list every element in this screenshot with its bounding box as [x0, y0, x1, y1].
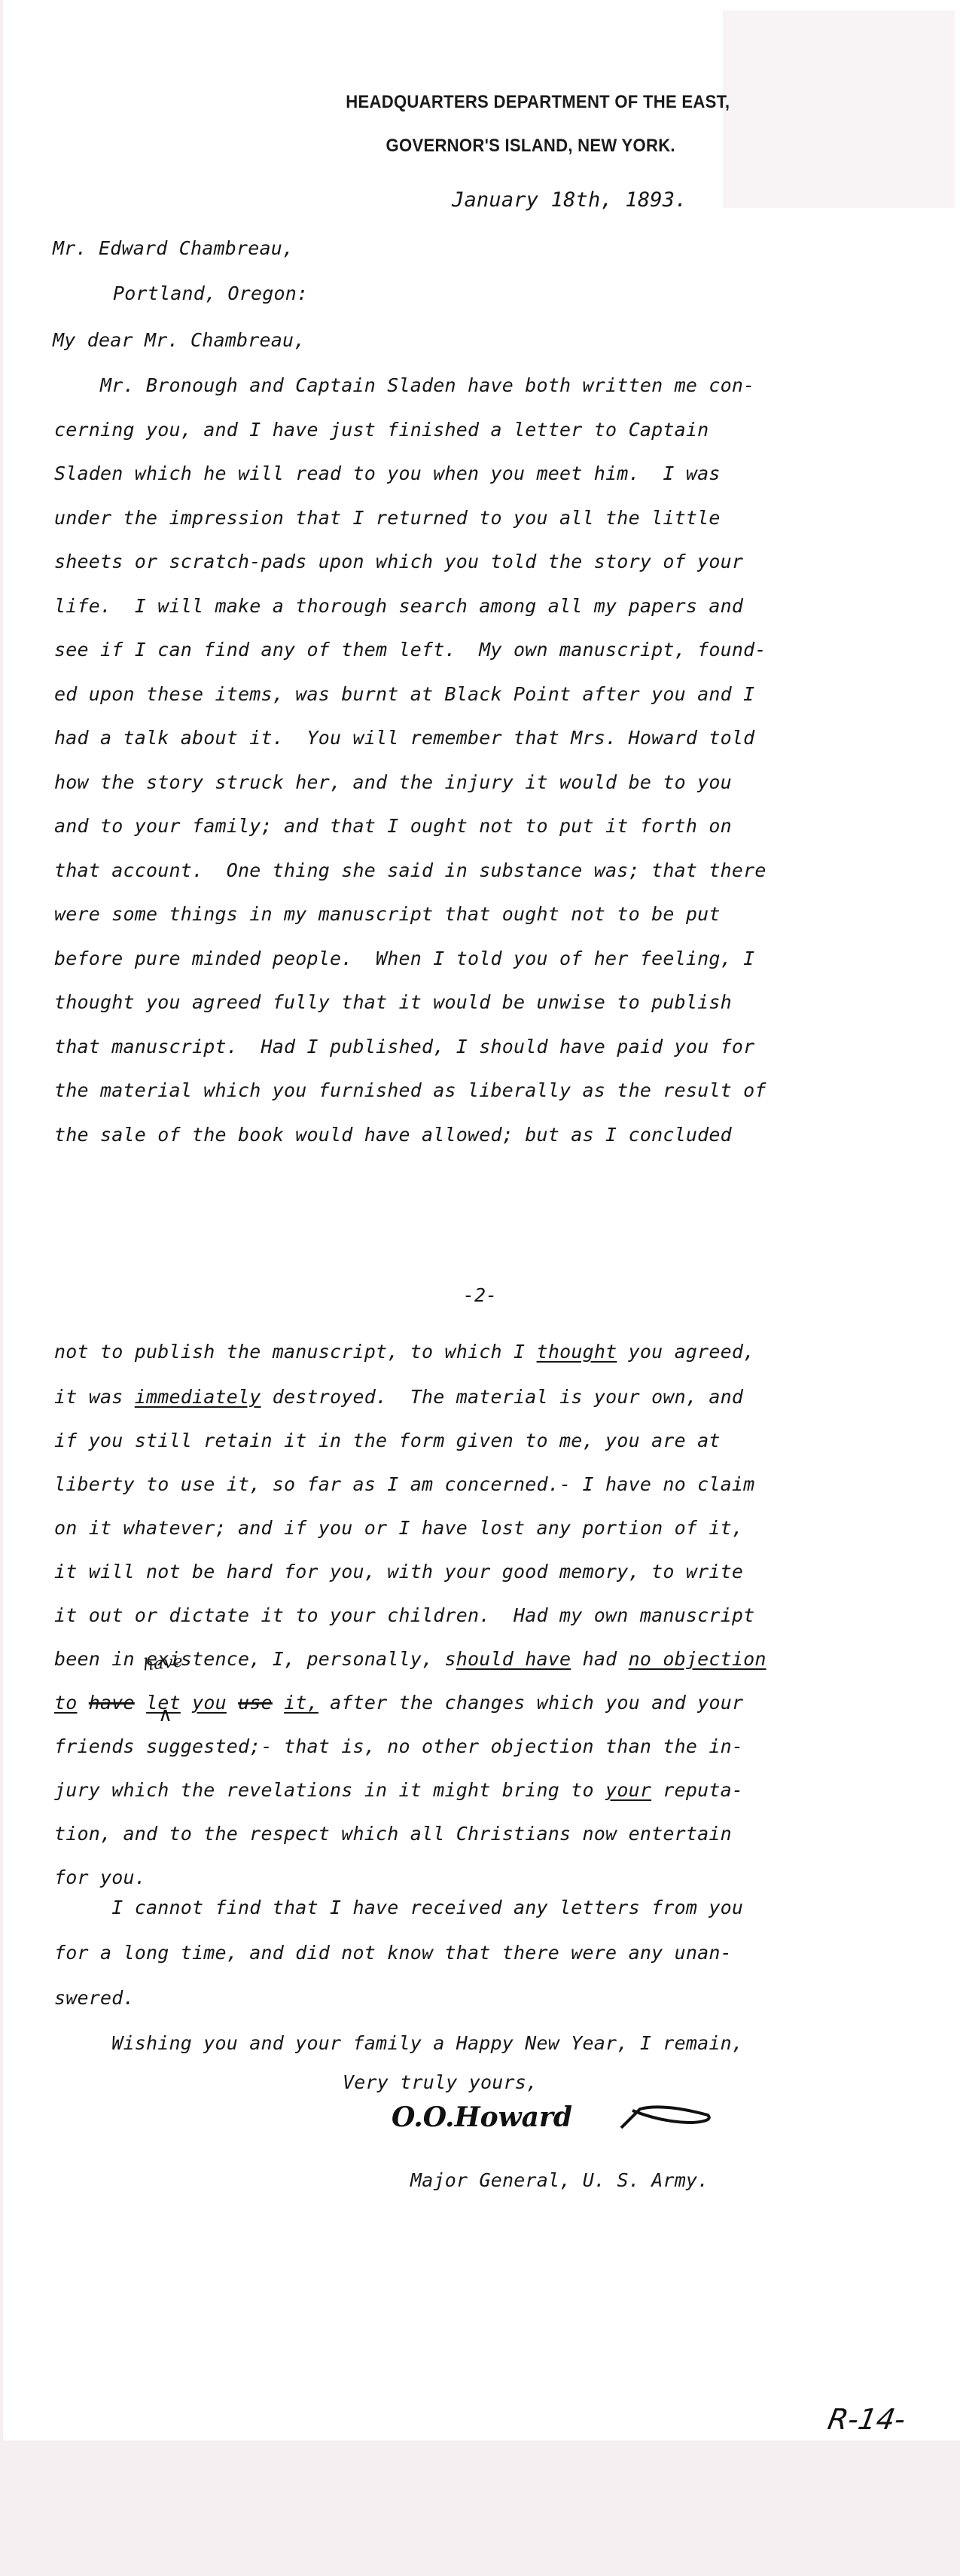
body-line: thought you agreed fully that it would b… — [54, 991, 732, 1013]
body-line: Wishing you and your family a Happy New … — [54, 2032, 743, 2054]
body-line: swered. — [54, 1987, 135, 2009]
body-line: that account. One thing she said in subs… — [54, 859, 766, 881]
body-line: for a long time, and did not know that t… — [54, 1942, 732, 1964]
letterhead-line-1: HEADQUARTERS DEPARTMENT OF THE EAST, — [41, 92, 960, 113]
body-line: before pure minded people. When I told y… — [54, 948, 754, 969]
body-line: if you still retain it in the form given… — [54, 1430, 721, 1451]
letterhead-line-2: GOVERNOR'S ISLAND, NEW YORK. — [41, 136, 960, 157]
body-line: the sale of the book would have allowed;… — [54, 1124, 732, 1146]
recipient-location: Portland, Oregon: — [113, 282, 308, 304]
body-line: had a talk about it. You will remember t… — [54, 727, 754, 749]
insertion-caret-icon: ∧ — [158, 1704, 172, 1726]
body-line: under the impression that I returned to … — [54, 507, 721, 529]
body-line: tion, and to the respect which all Chris… — [54, 1823, 732, 1845]
body-line: Mr. Bronough and Captain Sladen have bot… — [54, 374, 754, 396]
body-line: that manuscript. Had I published, I shou… — [54, 1036, 754, 1058]
page-number: -2- — [0, 1284, 960, 1306]
body-line: for you. — [54, 1866, 146, 1888]
body-line: were some things in my manuscript that o… — [54, 903, 721, 925]
body-line: it out or dictate it to your children. H… — [54, 1604, 754, 1626]
closing: Very truly yours, — [343, 2071, 538, 2093]
body-line: it will not be hard for you, with your g… — [54, 1561, 743, 1583]
body-line: it was immediately destroyed. The materi… — [54, 1386, 743, 1408]
document-reference: R-14- — [825, 2403, 908, 2436]
body-line: friends suggested;- that is, no other ob… — [54, 1735, 743, 1757]
letter-date: January 18th, 1893. — [452, 188, 687, 212]
body-line: life. I will make a thorough search amon… — [54, 595, 743, 617]
salutation: My dear Mr. Chambreau, — [53, 329, 306, 351]
signature: O.O.Howard — [392, 2101, 572, 2133]
body-line: on it whatever; and if you or I have los… — [54, 1517, 743, 1539]
body-line: the material which you furnished as libe… — [54, 1079, 766, 1101]
body-line: liberty to use it, so far as I am concer… — [54, 1473, 754, 1495]
recipient-name: Mr. Edward Chambreau, — [53, 237, 294, 259]
signer-title: Major General, U. S. Army. — [410, 2169, 709, 2191]
body-line: see if I can find any of them left. My o… — [54, 639, 766, 661]
body-line: not to publish the manuscript, to which … — [54, 1341, 754, 1363]
body-line: ed upon these items, was burnt at Black … — [54, 683, 754, 705]
body-line: sheets or scratch-pads upon which you to… — [54, 551, 743, 572]
body-line: Sladen which he will read to you when yo… — [54, 462, 721, 484]
body-line: jury which the revelations in it might b… — [54, 1779, 743, 1801]
body-line: and to your family; and that I ought not… — [54, 815, 732, 837]
signature-flourish-icon — [617, 2101, 715, 2132]
body-line: how the story struck her, and the injury… — [54, 771, 732, 793]
body-line: cerning you, and I have just finished a … — [54, 419, 709, 441]
body-line: I cannot find that I have received any l… — [54, 1897, 743, 1918]
